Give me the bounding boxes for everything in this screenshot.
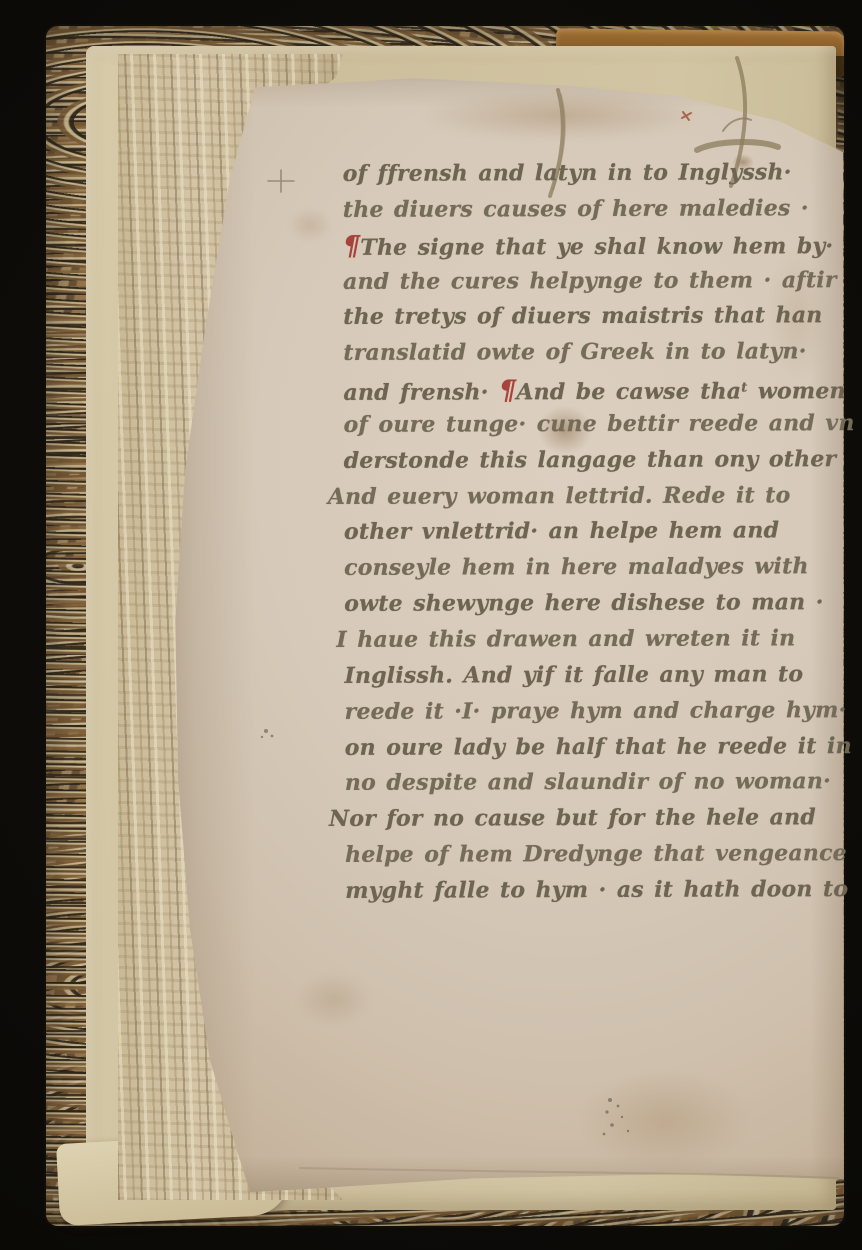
manuscript-line: of ffrensh and latyn in to Inglyssh· [329, 155, 845, 193]
text-segment: on oure lady be half that he reede it in [345, 733, 852, 761]
manuscript-line: the tretys of diuers maistris that han [329, 298, 845, 336]
text-segment: translatid owte of Greek in to latyn· [343, 338, 806, 366]
text-segment: myght falle to hym · as it hath doon to [345, 876, 848, 904]
manuscript-line: owte shewynge here dishese to man · [330, 585, 846, 623]
text-segment: reede it ·I· praye hym and charge hym· [345, 697, 847, 725]
manuscript-line: no despite and slaundir of no woman· [331, 764, 847, 802]
manuscript-line: And euery woman lettrid. Rede it to [314, 478, 846, 516]
rubric-paraph-mark: ¶ [499, 375, 516, 406]
photo-black-backdrop: of ffrensh and latyn in to Inglyssh·the … [0, 0, 862, 1250]
manuscript-line: and frensh· ¶And be cawse that women [329, 370, 845, 408]
text-segment: And euery woman lettrid. Rede it to [328, 482, 791, 510]
manuscript-line: ¶The signe that ye shal know hem by· [329, 227, 845, 265]
text-segment: other vnlettrid· an helpe hem and [344, 518, 779, 546]
text-segment: no despite and slaundir of no woman· [345, 768, 831, 796]
rubric-paraph-mark: ¶ [343, 230, 360, 261]
text-segment: conseyle hem in here maladyes with [344, 554, 809, 582]
manuscript-line: the diuers causes of here maledies · [329, 191, 845, 229]
manuscript-line: translatid owte of Greek in to latyn· [329, 334, 845, 372]
text-segment: derstonde this langage than ony other [344, 446, 837, 474]
text-segment: And be cawse tha [516, 379, 741, 406]
text-segment: The signe that ye shal know hem by· [360, 233, 833, 261]
text-segment: women [747, 378, 845, 404]
manuscript-line: on oure lady be half that he reede it in [331, 729, 847, 767]
text-segment: the diuers causes of here maledies · [343, 195, 809, 223]
manuscript-line: helpe of hem Dredynge that vengeance [331, 836, 847, 874]
text-segment: helpe of hem Dredynge that vengeance [345, 840, 847, 868]
text-segment: Inglissh. And yif it falle any man to [344, 661, 803, 689]
text-segment: I haue this drawen and wreten it in [336, 625, 795, 653]
manuscript-line: reede it ·I· praye hym and charge hym· [331, 693, 847, 731]
manuscript-line: Nor for no cause but for the hele and [315, 800, 847, 838]
manuscript-line: conseyle hem in here maladyes with [330, 549, 846, 587]
manuscript-line: I haue this drawen and wreten it in [322, 621, 846, 659]
text-segment: of ffrensh and latyn in to Inglyssh· [343, 159, 792, 187]
text-segment: the tretys of diuers maistris that han [343, 303, 822, 331]
text-segment: and the cures helpynge to them · aftir [343, 267, 837, 295]
manuscript-line: myght falle to hym · as it hath doon to [331, 872, 847, 910]
text-segment: and frensh· [343, 379, 499, 406]
manuscript-text-block: of ffrensh and latyn in to Inglyssh·the … [329, 155, 848, 910]
manuscript-line: and the cures helpynge to them · aftir [329, 263, 845, 301]
manuscript-line: derstonde this langage than ony other [330, 442, 846, 480]
manuscript-line: Inglissh. And yif it falle any man to [330, 657, 846, 695]
manuscript-line: other vnlettrid· an helpe hem and [330, 514, 846, 552]
manuscript-line: of oure tunge· cune bettir reede and vn [330, 406, 846, 444]
text-segment: of oure tunge· cune bettir reede and vn [344, 410, 855, 438]
text-segment: Nor for no cause but for the hele and [329, 804, 816, 832]
text-segment: owte shewynge here dishese to man · [344, 589, 823, 617]
